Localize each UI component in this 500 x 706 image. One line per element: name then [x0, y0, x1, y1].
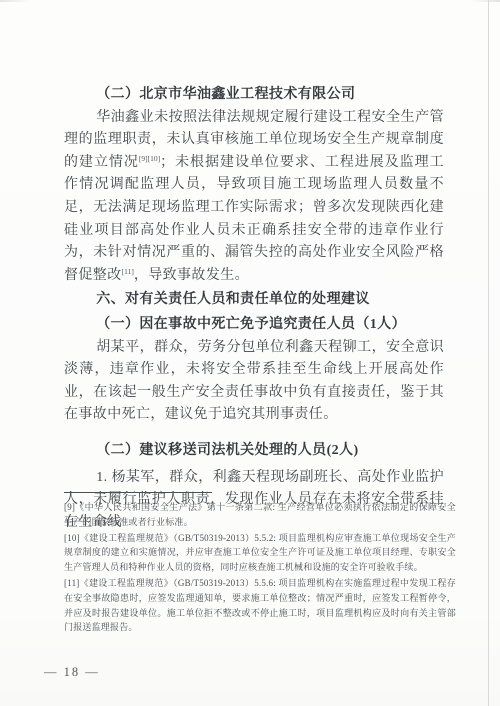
paragraph-hu-mou-ping: 胡某平，群众，劳务分包单位利鑫天程铆工，安全意识淡薄，违章作业，未将安全带系挂至…: [64, 337, 444, 427]
paragraph-text-segment: ，导致事故发生。: [134, 268, 249, 283]
footnote-ref-9-10: [9][10]: [139, 154, 160, 163]
scan-edge-top: [0, 0, 500, 2]
footnotes-section: [9]《中华人民共和国安全生产法》第十一条第二款: 生产经营单位必须执行依法制定…: [64, 492, 456, 636]
paragraph-text-segment: ；未根据建设单位要求、工程进展及监理工作情况调配监理人员，导致项目施工现场监理人…: [64, 155, 444, 283]
heading-company: （二）北京市华油鑫业工程技术有限公司: [64, 84, 444, 107]
footnote-10: [10]《建设工程监理规范》（GB/T50319-2013）5.5.2: 项目监…: [64, 531, 456, 575]
footnote-divider: [64, 492, 212, 493]
document-content: （二）北京市华油鑫业工程技术有限公司 华油鑫业未按照法律法规规定履行建设工程安全…: [64, 84, 444, 534]
footnote-ref-11: [11]: [122, 267, 134, 276]
heading-item-one: （一）因在事故中死亡免予追究责任人员（1人）: [64, 314, 444, 337]
heading-item-two: （二）建议移送司法机关处理的人员(2人): [64, 440, 444, 463]
footnote-9: [9]《中华人民共和国安全生产法》第十一条第二款: 生产经营单位必须执行依法制定…: [64, 500, 456, 530]
paragraph-supervision-duty: 华油鑫业未按照法律法规规定履行建设工程安全生产管理的监理职责，未认真审核施工单位…: [64, 107, 444, 288]
page-number: — 18 —: [44, 665, 100, 680]
scan-edge-line: [488, 0, 489, 706]
footnote-11: [11]《建设工程监理规范》（GB/T50319-2013）5.5.6: 项目监…: [64, 576, 456, 635]
heading-section-six: 六、对有关责任人员和责任单位的处理建议: [64, 289, 444, 312]
scanned-document-page: （二）北京市华油鑫业工程技术有限公司 华油鑫业未按照法律法规规定履行建设工程安全…: [0, 0, 500, 706]
